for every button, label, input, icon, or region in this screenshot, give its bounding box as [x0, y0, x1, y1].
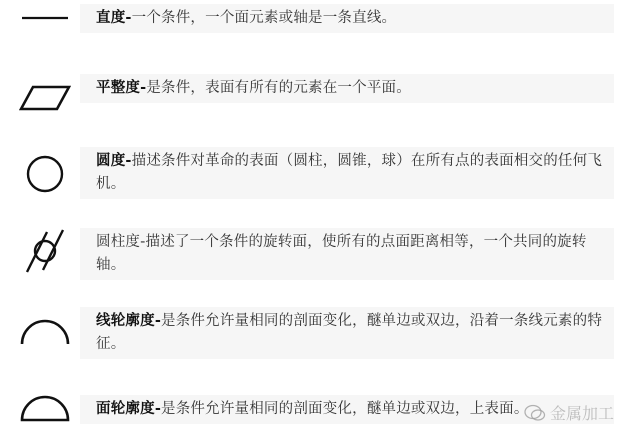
definition-text: 平整度-是条件，表面有所有的元素在一个平面。	[80, 74, 614, 103]
term-label: 线轮廓度	[96, 313, 155, 329]
profile-of-line-icon	[15, 311, 75, 351]
circularity-icon	[15, 150, 75, 198]
term-label: 圆度	[96, 153, 125, 169]
description-text: 是条件允许量相同的剖面变化，醚单边或双边，上表面。	[161, 401, 529, 417]
definition-text: 面轮廓度-是条件允许量相同的剖面变化，醚单边或双边，上表面。	[80, 395, 614, 424]
definition-text: 圆度-描述条件对革命的表面（圆柱，圆锥，球）在所有点的表面相交的任何飞机。	[80, 147, 614, 199]
description-text: 描述了一个条件的旋转面，使所有的点面距离相等，一个共同的旋转轴。	[96, 234, 587, 273]
term-label: 直度	[96, 10, 125, 26]
definition-text: 圆柱度-描述了一个条件的旋转面，使所有的点面距离相等，一个共同的旋转轴。	[80, 228, 614, 280]
flatness-icon	[15, 80, 75, 116]
description-text: 一个条件，一个面元素或轴是一条直线。	[132, 10, 397, 26]
definition-text: 直度-一个条件，一个面元素或轴是一条直线。	[80, 4, 614, 33]
straightness-icon	[15, 8, 75, 28]
cylindricity-icon	[15, 225, 75, 277]
term-label: 面轮廓度	[96, 401, 155, 417]
description-text: 是条件，表面有所有的元素在一个平面。	[146, 80, 411, 96]
profile-of-surface-icon	[15, 390, 75, 426]
term-label: 平整度	[96, 80, 140, 96]
definition-text: 线轮廓度-是条件允许量相同的剖面变化，醚单边或双边，沿着一条线元素的特征。	[80, 307, 614, 359]
description-text: 描述条件对革命的表面（圆柱，圆锥，球）在所有点的表面相交的任何飞机。	[96, 153, 602, 192]
term-label: 圆柱度	[96, 234, 140, 250]
description-text: 是条件允许量相同的剖面变化，醚单边或双边，沿着一条线元素的特征。	[96, 313, 602, 352]
